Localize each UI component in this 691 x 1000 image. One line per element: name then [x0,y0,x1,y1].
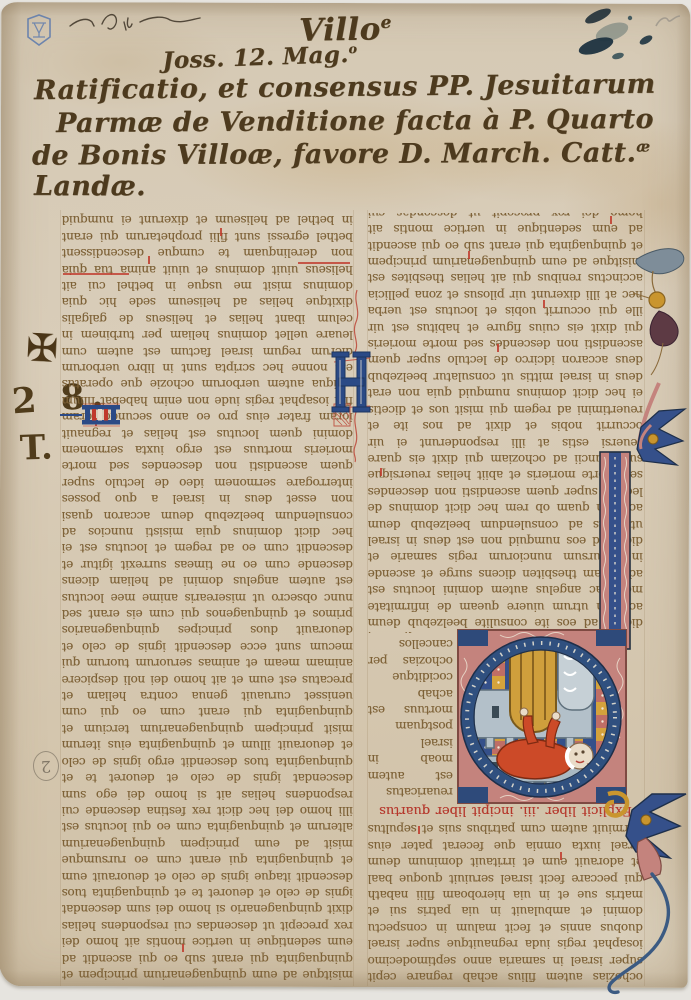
title-superscript: e [380,13,392,33]
corrector-strike [63,273,129,275]
rubrication-tick [468,251,470,259]
rubrication-tick [182,944,184,952]
cross-mark: ✠ [25,325,59,371]
ruling-line [60,210,61,986]
inscription-line-2: Parmæ de Venditione facta à P. Quarto [56,104,654,139]
inscription-line-1: Ratificatio, et consensus PP. Jesuitarum [34,69,656,107]
inscription-line-3: de Bonis Villoæ, favore D. March. Catt.æ [32,137,651,171]
rubrication-tick [220,228,222,236]
corrector-strike [298,262,350,264]
rubrication-tick [148,256,150,264]
inscription-superscript: æ [636,137,650,155]
rubrication-tick [610,216,612,224]
pressmark-letter: T. [19,427,53,468]
penwork-initial-h [326,288,378,463]
margin-foliate-decoration [593,243,691,655]
classmark-superscript: o [348,41,357,56]
rubrication-tick [497,344,499,352]
left-text-column: misitque ad eum quinquagenarium principe… [62,213,353,983]
rubrication-tick [418,826,420,834]
rubrication-tick [543,300,545,308]
rubrication-tick [380,468,382,476]
small-initial-h [60,402,122,428]
historiated-initial [440,598,691,1000]
manuscript-page: Villoe Joss. 12. Mag.o Ratificatio, et c… [0,0,691,1000]
inscription-line-4: Landæ. [34,171,146,202]
